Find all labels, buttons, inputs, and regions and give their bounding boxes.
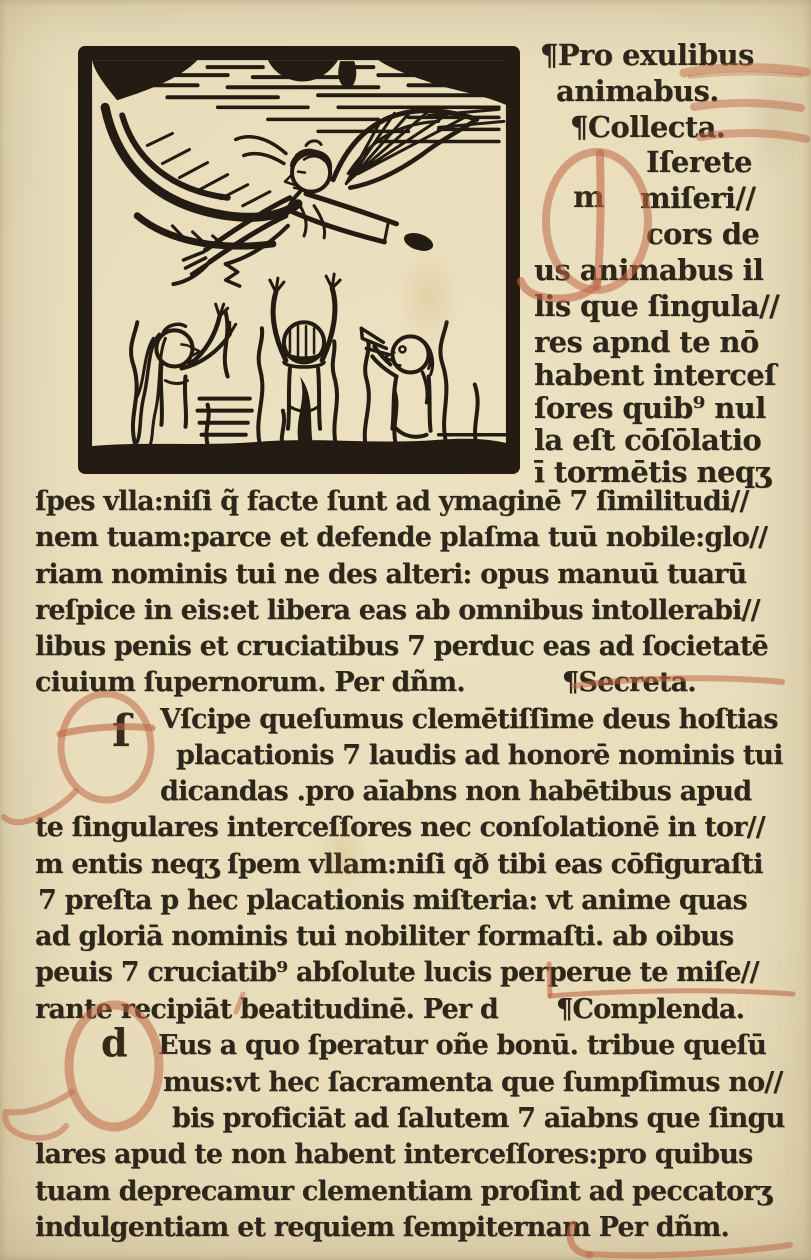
text-line: indulgentiam et requiem ſempiternam Per … bbox=[35, 1212, 729, 1243]
text-line: habent interceſ bbox=[534, 358, 776, 392]
text-line: peuis 7 cruciatib⁹ abſolute lucis perper… bbox=[35, 957, 759, 988]
text-line: te ſingulares interceſſores nec conſolat… bbox=[35, 812, 765, 843]
text-line: libus penis et cruciatibus 7 perduc eas … bbox=[35, 631, 768, 662]
text-line: mus:vt hec ſacramenta que ſumpſimus no// bbox=[163, 1067, 782, 1098]
text-line: tuam deprecamur clementiam proſint ad pe… bbox=[35, 1176, 771, 1207]
guide-letter-long-s: ſ bbox=[112, 706, 131, 757]
text-line: reſpice in eis:et libera eas ab omnibus … bbox=[35, 595, 760, 626]
text-line: ſores quib⁹ nul bbox=[534, 391, 766, 425]
text-line: bis proficiāt ad ſalutem 7 aīabns que ſi… bbox=[172, 1103, 784, 1134]
text-line: miſeri// bbox=[640, 181, 755, 215]
text-line: ¶Pro exulibus bbox=[540, 38, 754, 72]
text-line: animabus. bbox=[556, 74, 719, 108]
text-line: ciuium ſupernorum. Per dñm. bbox=[35, 667, 465, 698]
left-soul-figure bbox=[137, 304, 252, 447]
text-line: dicandas .pro aīabns non habētibus apud bbox=[160, 776, 751, 807]
guide-letter-d: d bbox=[101, 1020, 128, 1065]
text-line: lares apud te non habent interceſſores:p… bbox=[35, 1139, 752, 1170]
incunable-page: ¶Pro exulibus animabus. ¶Collecta. Iſere… bbox=[0, 0, 811, 1260]
text-line: Vſcipe queſumus clemētiſſime deus hoſtia… bbox=[160, 704, 778, 735]
text-line: m entis neqʒ ſpem vllam:niſi qð tibi eas… bbox=[35, 849, 763, 880]
text-line: riam nominis tui ne des alteri: opus man… bbox=[35, 559, 746, 590]
text-line: us animabus il bbox=[534, 253, 763, 287]
text-line: res apnd te nō bbox=[534, 325, 759, 359]
text-line: nem tuam:parce et defende plaſma tuū nob… bbox=[35, 522, 767, 553]
text-line: placationis 7 laudis ad honorē nominis t… bbox=[176, 740, 783, 771]
text-line: 7 preſta p hec placationis miſteria: vt … bbox=[38, 885, 747, 916]
text-line: ī tormētis neqʒ bbox=[534, 455, 770, 489]
text-line: Eus a quo ſperatur oñe bonū. tribue queſ… bbox=[158, 1030, 766, 1061]
text-line: ſpes vlla:niſi q̃ facte ſunt ad ymaginē … bbox=[35, 486, 749, 517]
text-line: Iſerete bbox=[646, 145, 752, 179]
text-line: ¶Collecta. bbox=[570, 110, 725, 144]
text-line: cors de bbox=[646, 217, 759, 251]
text-line: la eſt cōſōlatio bbox=[534, 423, 761, 457]
woodcut-frame bbox=[85, 53, 513, 467]
guide-letter-m: m bbox=[573, 180, 605, 215]
woodcut-angel-and-souls-illustration bbox=[77, 45, 521, 477]
section-heading-complenda: ¶Complenda. bbox=[556, 994, 744, 1025]
text-line: lis que ſingula// bbox=[534, 289, 779, 323]
text-line: ad gloriā nominis tui nobiliter formaſti… bbox=[35, 921, 733, 952]
section-heading-secreta: ¶Secreta. bbox=[562, 667, 696, 698]
